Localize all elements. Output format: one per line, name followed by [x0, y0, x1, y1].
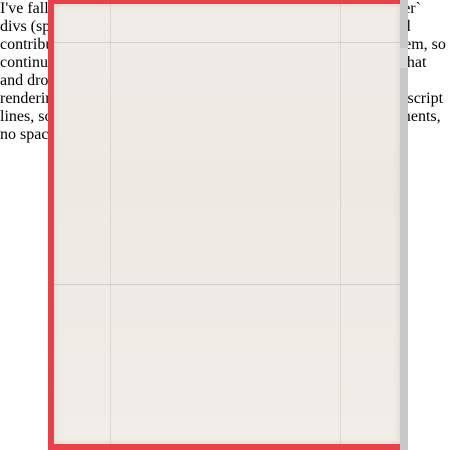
right-edge-tab	[400, 48, 408, 68]
fold-line	[340, 4, 341, 444]
fold-line	[110, 4, 111, 444]
fold-line	[54, 42, 400, 43]
fold-line	[54, 284, 400, 285]
letter-page	[54, 4, 400, 444]
